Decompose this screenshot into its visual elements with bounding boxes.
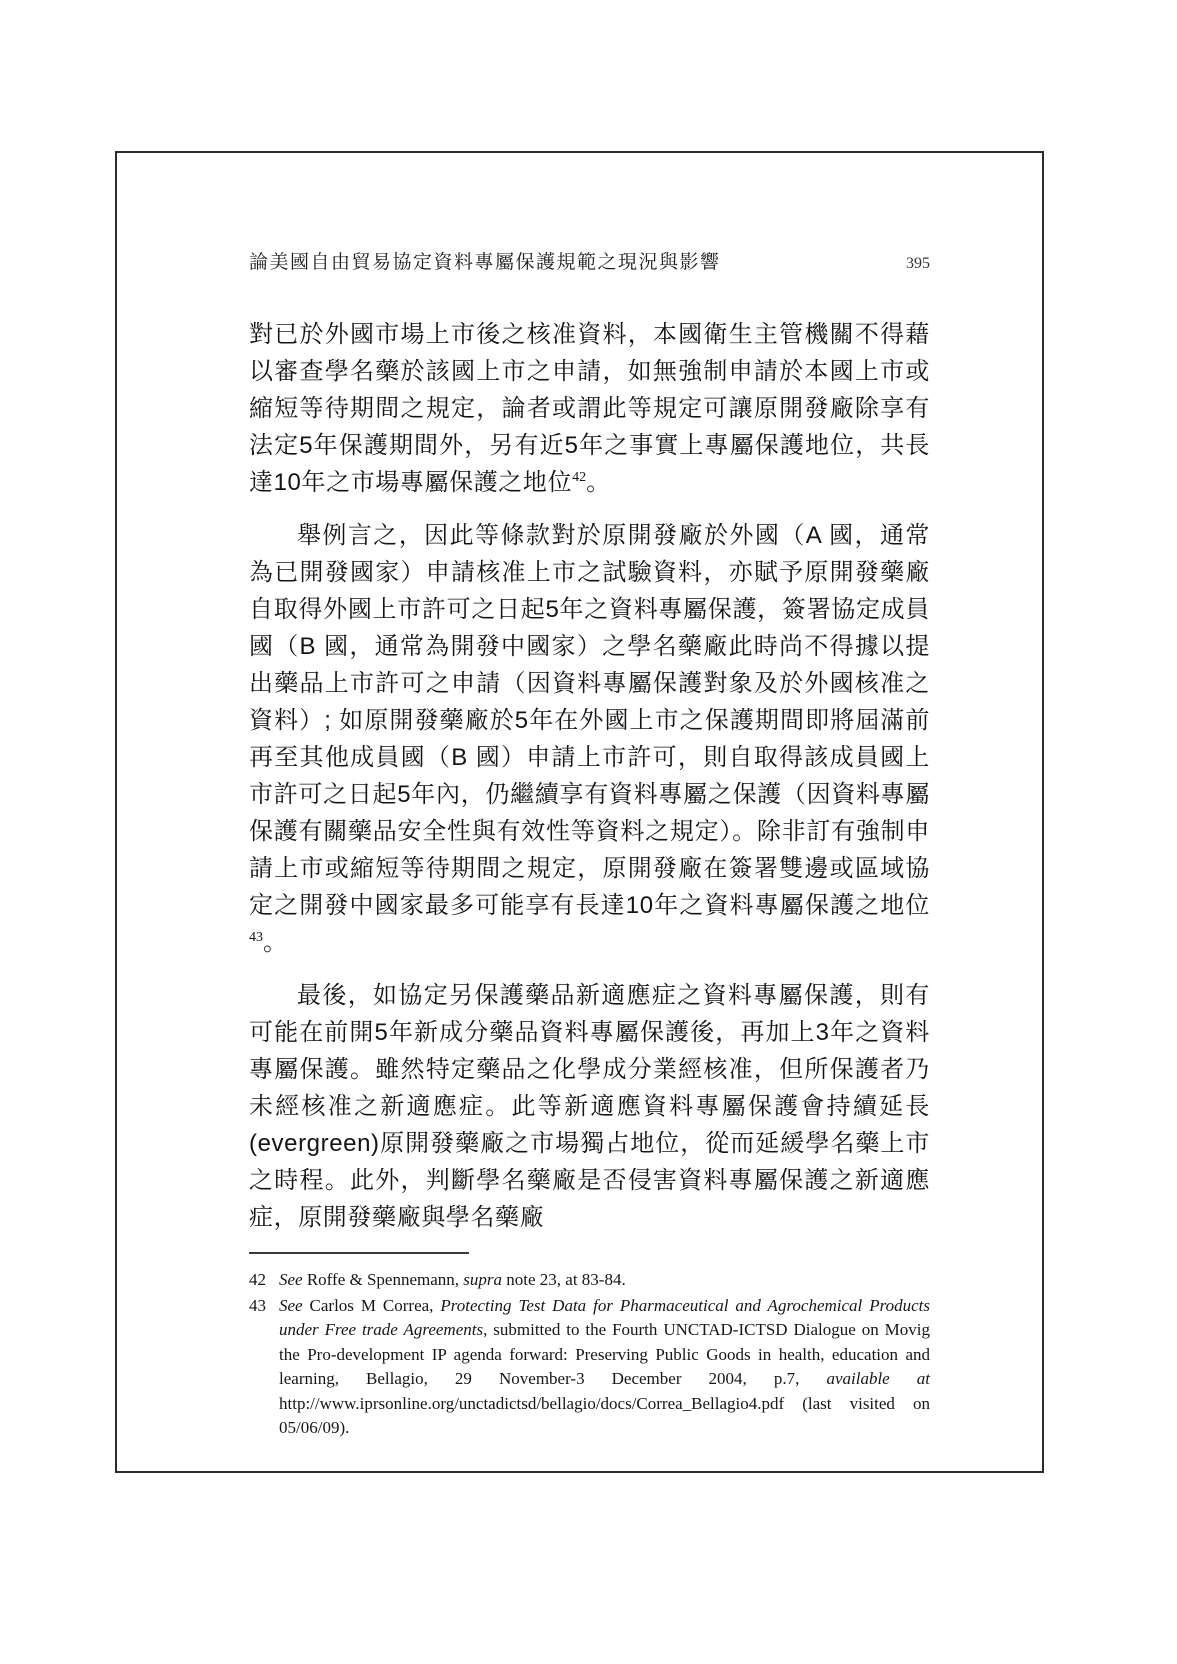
text-segment: 舉例言之，因此等條款對於原開發廠於外國（A 國，通常為已開發國家）申請核准上市之…: [249, 522, 930, 919]
footnote-item: 43See Carlos M Correa, Protecting Test D…: [249, 1294, 930, 1441]
text-segment: 。: [263, 929, 288, 956]
footnote-reference: 43: [249, 930, 263, 945]
text-segment: http://www.iprsonline.org/unctadictsd/be…: [279, 1394, 930, 1438]
page-title: 論美國自由貿易協定資料專屬保護規範之現況與影響: [249, 247, 721, 274]
paragraph: 舉例言之，因此等條款對於原開發廠於外國（A 國，通常為已開發國家）申請核准上市之…: [249, 517, 930, 961]
paragraph: 對已於外國市場上市後之核准資料，本國衛生主管機關不得藉以審查學名藥於該國上市之申…: [249, 316, 930, 501]
text-segment: note 23, at 83-84.: [502, 1270, 626, 1289]
footnotes: 42See Roffe & Spennemann, supra note 23,…: [249, 1268, 930, 1441]
footnote-separator: [249, 1252, 469, 1254]
footnote-reference: 42: [572, 470, 586, 485]
text-segment: supra: [463, 1270, 502, 1289]
text-segment: available at: [826, 1369, 930, 1388]
page-content: 論美國自由貿易協定資料專屬保護規範之現況與影響 395 對已於外國市場上市後之核…: [117, 247, 1042, 1441]
text-segment: Roffe & Spennemann,: [303, 1270, 464, 1289]
text-segment: See: [279, 1270, 303, 1289]
text-segment: 。: [586, 469, 611, 496]
text-segment: Carlos M Correa,: [303, 1296, 441, 1315]
page-number: 395: [906, 255, 930, 273]
footnote-number: 42: [249, 1268, 279, 1293]
footnote-text: See Roffe & Spennemann, supra note 23, a…: [279, 1268, 930, 1293]
paragraph: 最後，如協定另保護藥品新適應症之資料專屬保護，則有可能在前開5年新成分藥品資料專…: [249, 977, 930, 1236]
footnote-number: 43: [249, 1294, 279, 1441]
body-text: 對已於外國市場上市後之核准資料，本國衛生主管機關不得藉以審查學名藥於該國上市之申…: [249, 316, 930, 1236]
page-border: 論美國自由貿易協定資料專屬保護規範之現況與影響 395 對已於外國市場上市後之核…: [115, 151, 1044, 1473]
text-segment: See: [279, 1296, 303, 1315]
footnote-item: 42See Roffe & Spennemann, supra note 23,…: [249, 1268, 930, 1293]
page-header: 論美國自由貿易協定資料專屬保護規範之現況與影響 395: [249, 247, 930, 274]
footnote-text: See Carlos M Correa, Protecting Test Dat…: [279, 1294, 930, 1441]
text-segment: 最後，如協定另保護藥品新適應症之資料專屬保護，則有可能在前開5年新成分藥品資料專…: [249, 982, 930, 1231]
